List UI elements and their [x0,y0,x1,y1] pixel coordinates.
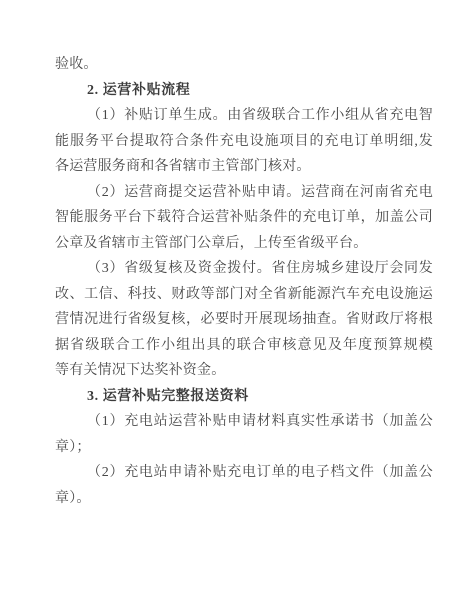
document-page: 验收。 2. 运营补贴流程 （1）补贴订单生成。由省级联合工作小组从省充电智 能… [0,0,468,601]
doc-heading-3: 3. 运营补贴完整报送资料 [55,384,433,410]
doc-line: 改、工信、科技、财政等部门对全省新能源汽车充电设施运 [55,282,433,308]
doc-line: （3）省级复核及资金拨付。省住房城乡建设厅会同发 [55,256,433,282]
doc-line: 各运营服务商和各省辖市主管部门核对。 [55,154,433,180]
doc-heading-2: 2. 运营补贴流程 [55,78,433,104]
doc-line: （1）补贴订单生成。由省级联合工作小组从省充电智 [55,103,433,129]
doc-line: 等有关情况下达奖补资金。 [55,358,433,384]
doc-line: 营情况进行省级复核，必要时开展现场抽查。省财政厅将根 [55,307,433,333]
doc-line: （1）充电站运营补贴申请材料真实性承诺书（加盖公 [55,409,433,435]
doc-line: 能服务平台提取符合条件充电设施项目的充电订单明细,发 [55,129,433,155]
doc-line: 章）。 [55,486,433,512]
doc-line: 据省级联合工作小组出具的联合审核意见及年度预算规模 [55,333,433,359]
doc-line-continuation: 验收。 [55,52,433,78]
doc-line: 公章及省辖市主管部门公章后，上传至省级平台。 [55,231,433,257]
doc-line: （2）运营商提交运营补贴申请。运营商在河南省充电 [55,180,433,206]
document-text-block: 验收。 2. 运营补贴流程 （1）补贴订单生成。由省级联合工作小组从省充电智 能… [55,52,433,511]
doc-line: （2）充电站申请补贴充电订单的电子档文件（加盖公 [55,460,433,486]
doc-line: 智能服务平台下载符合运营补贴条件的充电订单，加盖公司 [55,205,433,231]
doc-line: 章）； [55,435,433,461]
